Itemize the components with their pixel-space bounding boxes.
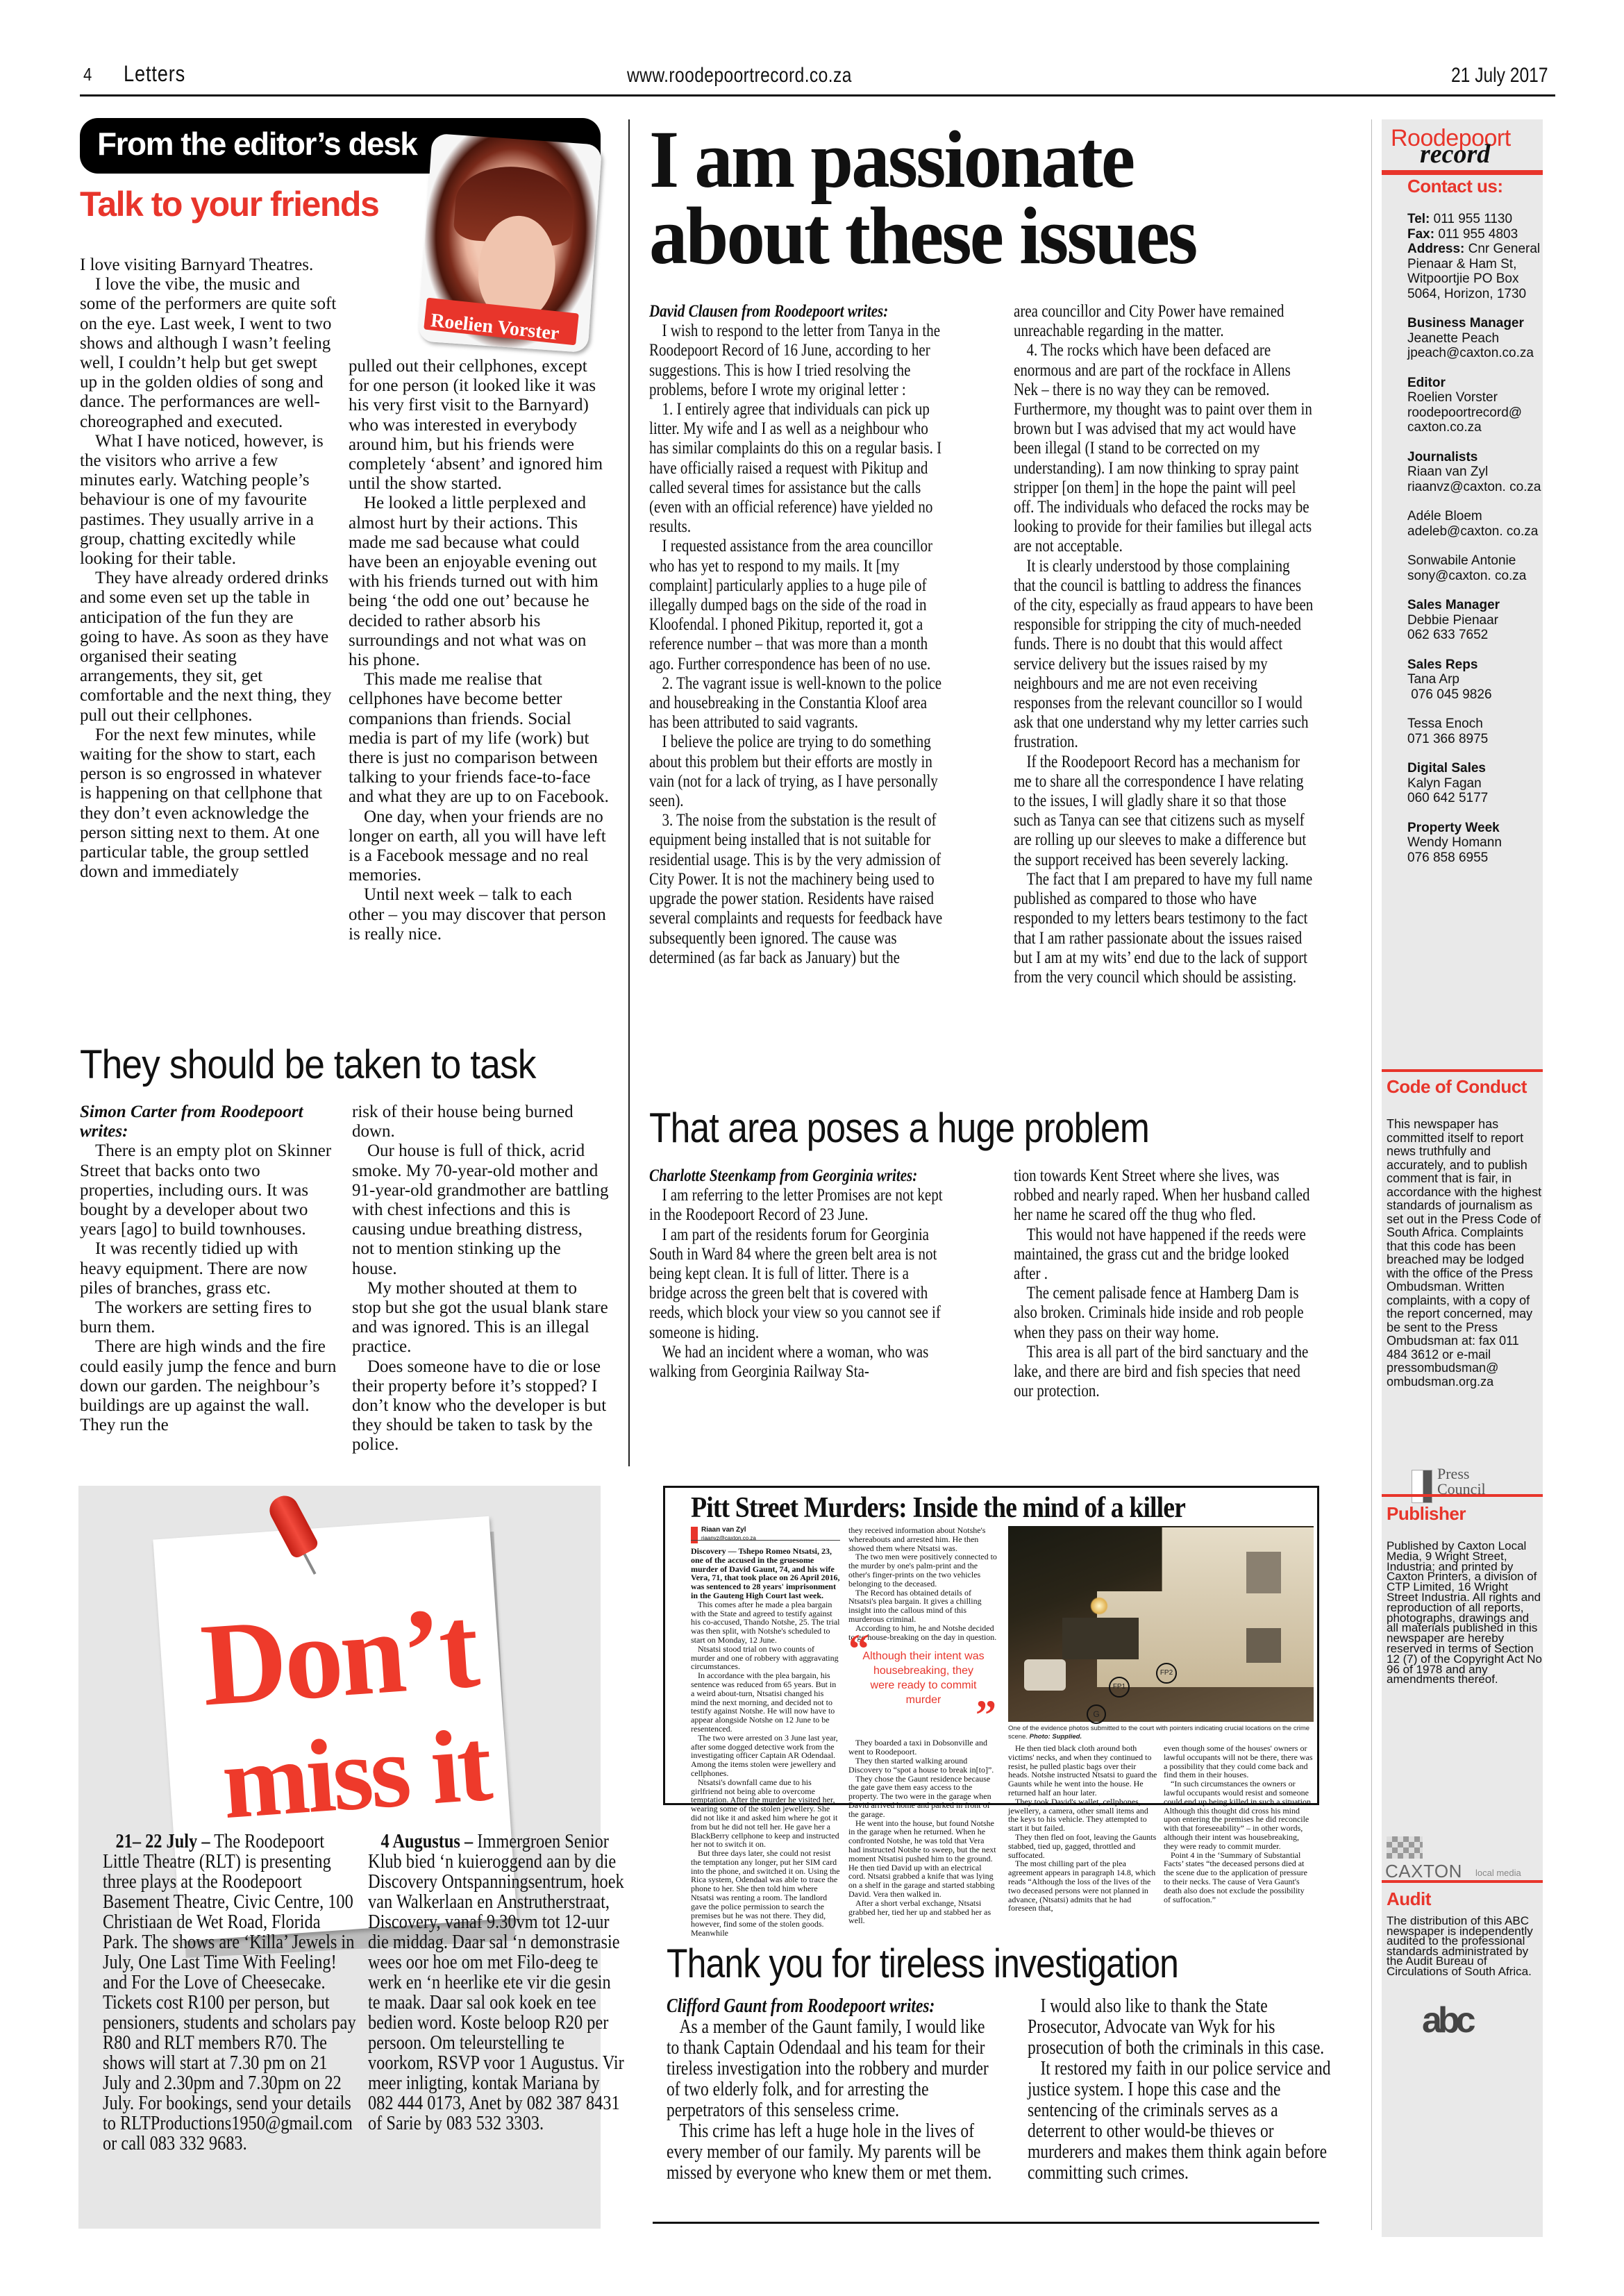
dont-miss-it-title: Don’t — [198, 1587, 480, 1724]
evidence-photo-garage — [1062, 1618, 1139, 1659]
paragraph: “In such circumstances the owners or law… — [1164, 1779, 1313, 1850]
paragraph: Until next week – talk to each other – y… — [349, 885, 609, 944]
paragraph: It restored my faith in our police servi… — [1028, 2059, 1337, 2184]
address-label: Address: — [1407, 242, 1464, 256]
paragraph: The workers are setting fires to burn th… — [80, 1298, 337, 1337]
paragraph: 2. The vagrant issue is well-known to th… — [649, 674, 950, 733]
contact-detail[interactable]: 076 045 9826 — [1407, 687, 1546, 703]
paragraph: I am referring to the letter Promises ar… — [649, 1186, 950, 1225]
code-of-conduct-text: This newspaper has committed itself to r… — [1387, 1118, 1543, 1389]
passionate-letter-column-2: area councillor and City Power have rema… — [1014, 302, 1314, 987]
photo-caption: One of the evidence photos submitted to … — [1008, 1725, 1314, 1741]
contact-name: Sonwabile Antonie — [1407, 553, 1546, 569]
contact-role: Editor — [1407, 376, 1546, 391]
paragraph: They then fled on foot, leaving the Gaun… — [1008, 1833, 1157, 1859]
contact-entry: Tessa Enoch 071 366 8975 — [1407, 717, 1546, 746]
contact-role: Business Manager — [1407, 316, 1546, 331]
contact-detail[interactable]: jpeach@caxton.co.za — [1407, 346, 1546, 361]
editor-headline: Talk to your friends — [80, 184, 378, 224]
tel-label: Tel: — [1407, 212, 1430, 226]
press-council-logo-icon — [1412, 1470, 1432, 1503]
paragraph: This area is all part of the bird sanctu… — [1014, 1343, 1314, 1402]
evidence-photo-window — [1246, 1552, 1281, 1593]
sidebar-red-bar — [1382, 1069, 1543, 1072]
editor-column-1: I love visiting Barnyard Theatres. I lov… — [80, 255, 337, 882]
paragraph: It is clearly understood by those compla… — [1014, 557, 1314, 753]
abc-logo-icon: abc — [1422, 2000, 1472, 2041]
byline: David Clausen from Roodepoort writes: — [649, 302, 950, 321]
section-title: Letters — [124, 61, 185, 87]
contact-detail[interactable]: 060 642 5177 — [1407, 791, 1546, 806]
byline: Simon Carter from Roodepoort writes: — [80, 1103, 337, 1141]
contact-entry: Sonwabile Antonie sony@caxton. co.za — [1407, 553, 1546, 583]
paragraph: This would not have happened if the reed… — [1014, 1225, 1314, 1284]
author-rule — [691, 1540, 840, 1541]
issue-date: 21 July 2017 — [1451, 64, 1548, 87]
contact-name: Riaan van Zyl — [1407, 464, 1546, 480]
headline-line-2: about these issues — [649, 198, 1196, 274]
paragraph: The Record has obtained details of Ntsat… — [848, 1589, 998, 1624]
task-letter-column-2: risk of their house being burned down. O… — [352, 1103, 609, 1455]
contact-heading: Contact us: — [1407, 176, 1503, 197]
contact-detail[interactable]: 062 633 7652 — [1407, 628, 1546, 643]
contact-entry: Digital Sales Kalyn Fagan 060 642 5177 — [1407, 761, 1546, 806]
contact-detail[interactable]: roodepoortrecord@ caxton.co.za — [1407, 405, 1546, 435]
event-description: Immergroen Senior Klub bied ‘n kuierogge… — [368, 1830, 624, 2134]
contact-detail[interactable]: 076 858 6955 — [1407, 850, 1546, 866]
contact-role: Property Week — [1407, 821, 1546, 836]
contact-role: Digital Sales — [1407, 761, 1546, 776]
contact-name: Tana Arp — [1407, 672, 1546, 687]
paragraph: The fact that I am prepared to have my f… — [1014, 870, 1314, 987]
paragraph: This made me realise that cellphones hav… — [349, 670, 609, 807]
paragraph: Ntsatsi stood trial on two counts of mur… — [691, 1645, 840, 1671]
paragraph: It was recently tidied up with heavy equ… — [80, 1239, 337, 1298]
paragraph: they received information about Notshe's… — [848, 1526, 998, 1552]
caxton-logo-text: CAXTON — [1385, 1861, 1462, 1882]
audit-text: The distribution of this ABC newspaper i… — [1387, 1916, 1543, 1977]
paragraph: Our house is full of thick, acrid smoke.… — [352, 1141, 609, 1278]
task-letter-column-1: Simon Carter from Roodepoort writes: The… — [80, 1103, 337, 1435]
paragraph: My mother shouted at them to stop but sh… — [352, 1279, 609, 1357]
paragraph: Ntsatsi's downfall came due to his girlf… — [691, 1778, 840, 1849]
contact-entry: Sales Reps Tana Arp 076 045 9826 — [1407, 657, 1546, 703]
paragraph: According to him, he and Notshe decided … — [848, 1624, 998, 1642]
evidence-photo-car — [1024, 1659, 1066, 1691]
lead-paragraph: Discovery — Tshepo Romeo Ntsatsi, 23, on… — [691, 1547, 840, 1600]
evidence-photo-window — [1246, 1628, 1281, 1663]
paragraph: even though some of the houses' owners o… — [1164, 1744, 1313, 1779]
contact-details: Tel: 011 955 1130 Fax: 011 955 4803 Addr… — [1407, 212, 1546, 880]
paragraph: Does someone have to die or lose their p… — [352, 1357, 609, 1455]
sidebar-red-bar — [1382, 1494, 1543, 1497]
page-number: 4 — [83, 64, 92, 85]
paragraph: They have already ordered drinks and som… — [80, 569, 337, 726]
event-date: 4 Augustus – — [380, 1830, 473, 1852]
fax-value: 011 955 4803 — [1438, 227, 1518, 242]
paragraph: What I have noticed, however, is the vis… — [80, 432, 337, 569]
contact-detail[interactable]: riaanvz@caxton. co.za — [1407, 480, 1546, 495]
paragraph: The most chilling part of the plea agree… — [1008, 1859, 1157, 1913]
area-letter-column-1: Charlotte Steenkamp from Georginia write… — [649, 1166, 950, 1382]
pitt-street-headline: Pitt Street Murders: Inside the mind of … — [691, 1491, 1185, 1525]
paragraph: In accordance with the plea bargain, his… — [691, 1671, 840, 1734]
editor-column-2: pulled out their cellphones, except for … — [349, 357, 609, 944]
paragraph: 4. The rocks which have been defaced are… — [1014, 341, 1314, 556]
contact-role: Journalists — [1407, 450, 1546, 465]
paragraph: As a member of the Gaunt family, I would… — [667, 2017, 993, 2121]
paragraph: If the Roodepoort Record has a mechanism… — [1014, 753, 1314, 870]
paragraph: risk of their house being burned down. — [352, 1103, 609, 1141]
header-rule — [80, 94, 1555, 97]
contact-name: Adéle Bloem — [1407, 509, 1546, 524]
paragraph: There are high winds and the fire could … — [80, 1337, 337, 1435]
pitt-street-column-3: He then tied black cloth around both vic… — [1008, 1744, 1157, 1913]
paragraph: I love visiting Barnyard Theatres. — [80, 255, 337, 275]
paragraph: The cement palisade fence at Hamberg Dam… — [1014, 1284, 1314, 1343]
paragraph: He looked a little perplexed and almost … — [349, 494, 609, 670]
author-accent — [691, 1527, 698, 1543]
paragraph: He then tied black cloth around both vic… — [1008, 1744, 1157, 1798]
contact-name: Wendy Homann — [1407, 835, 1546, 850]
press-council-line-1: Press — [1437, 1466, 1486, 1482]
paragraph: They then started walking around Discove… — [848, 1757, 998, 1775]
paragraph: I believe the police are trying to do so… — [649, 732, 950, 811]
paragraph: I love the vibe, the music and some of t… — [80, 275, 337, 432]
area-letter-headline: That area poses a huge problem — [649, 1104, 1149, 1152]
paragraph: He went into the house, but found Notshe… — [848, 1819, 998, 1899]
bottom-rule — [653, 2222, 1319, 2224]
evidence-marker-g: G — [1087, 1704, 1106, 1724]
contact-name: Kalyn Fagan — [1407, 776, 1546, 791]
headline-line-1: I am passionate — [649, 121, 1196, 198]
editor-desk-title: From the editor’s desk — [97, 125, 417, 162]
contact-detail[interactable]: 071 366 8975 — [1407, 732, 1546, 747]
contact-detail[interactable]: adeleb@caxton. co.za — [1407, 524, 1546, 539]
contact-entry: Adéle Bloem adeleb@caxton. co.za — [1407, 509, 1546, 539]
paragraph: They chose the Gaunt residence because t… — [848, 1775, 998, 1819]
evidence-marker-fp2: FP2 — [1156, 1663, 1177, 1684]
event-listing-2: 4 Augustus – Immergroen Senior Klub bied… — [368, 1832, 625, 2134]
task-letter-headline: They should be taken to task — [80, 1041, 535, 1088]
contact-detail[interactable]: sony@caxton. co.za — [1407, 569, 1546, 584]
caption-credit: Photo: Supplied. — [1030, 1733, 1082, 1741]
sidebar-red-bar — [1382, 1880, 1543, 1883]
close-quote-icon: ” — [976, 1694, 996, 1736]
sidebar-red-bar — [1382, 170, 1543, 175]
paragraph: For the next few minutes, while waiting … — [80, 726, 337, 882]
code-of-conduct-heading: Code of Conduct — [1387, 1076, 1527, 1098]
press-council-logo-text: Press Council — [1437, 1466, 1486, 1497]
paragraph: After a short verbal exchange, Ntsatsi g… — [848, 1899, 998, 1925]
contact-entry: Sales Manager Debbie Pienaar 062 633 765… — [1407, 598, 1546, 643]
byline: Clifford Gaunt from Roodepoort writes: — [667, 1996, 993, 2017]
pitt-street-column-4: even though some of the houses' owners o… — [1164, 1744, 1313, 1904]
caxton-logo-subtitle: local media — [1475, 1868, 1521, 1878]
thanks-letter-column-2: I would also like to thank the State Pro… — [1028, 1996, 1337, 2184]
pitt-street-column-1: Discovery — Tshepo Romeo Ntsatsi, 23, on… — [691, 1547, 840, 1938]
contact-name: Debbie Pienaar — [1407, 613, 1546, 628]
paragraph: This crime has left a huge hole in the l… — [667, 2121, 993, 2184]
paragraph: This comes after he made a plea bargain … — [691, 1600, 840, 1645]
paragraph: I would also like to thank the State Pro… — [1028, 1996, 1337, 2059]
contact-role: Sales Manager — [1407, 598, 1546, 613]
contact-entry: Business Manager Jeanette Peach jpeach@c… — [1407, 316, 1546, 361]
contact-main: Tel: 011 955 1130 Fax: 011 955 4803 Addr… — [1407, 212, 1546, 301]
thanks-letter-column-1: Clifford Gaunt from Roodepoort writes: A… — [667, 1996, 993, 2184]
paragraph: They took David's wallet, cellphones, je… — [1008, 1798, 1157, 1833]
paragraph: area councillor and City Power have rema… — [1014, 302, 1314, 341]
paragraph: Point 4 in the ‘Summary of Substantial F… — [1164, 1851, 1313, 1904]
passionate-letter-column-1: David Clausen from Roodepoort writes: I … — [649, 302, 950, 968]
contact-entry: Journalists Riaan van Zyl riaanvz@caxton… — [1407, 450, 1546, 495]
event-date: 21– 22 July – — [115, 1830, 210, 1852]
audit-heading: Audit — [1387, 1888, 1431, 1910]
thanks-letter-headline: Thank you for tireless investigation — [667, 1941, 1178, 1987]
caxton-logo-icon — [1387, 1836, 1423, 1859]
contact-entry: Editor Roelien Vorster roodepoortrecord@… — [1407, 376, 1546, 435]
paragraph: tion towards Kent Street where she lives… — [1014, 1166, 1314, 1225]
paragraph: I am part of the residents forum for Geo… — [649, 1225, 950, 1343]
paragraph: I wish to respond to the letter from Tan… — [649, 321, 950, 400]
paragraph: They boarded a taxi in Dobsonville and w… — [848, 1738, 998, 1757]
column-divider — [1371, 119, 1372, 2230]
event-description: The Roodepoort Little Theatre (RLT) is p… — [103, 1830, 356, 2154]
paragraph: 3. The noise from the substation is the … — [649, 811, 950, 968]
column-divider — [628, 119, 630, 1466]
paragraph: pulled out their cellphones, except for … — [349, 357, 609, 494]
paragraph: One day, when your friends are no longer… — [349, 807, 609, 886]
contact-name: Tessa Enoch — [1407, 717, 1546, 732]
paragraph: But three days later, she could not resi… — [691, 1849, 840, 1938]
paragraph: I requested assistance from the area cou… — [649, 537, 950, 673]
passionate-letter-headline: I am passionate about these issues — [649, 121, 1196, 274]
evidence-marker-fp1: FP1 — [1109, 1677, 1130, 1698]
fax-label: Fax: — [1407, 227, 1434, 242]
tel-value: 011 955 1130 — [1434, 212, 1512, 226]
paragraph: We had an incident where a woman, who wa… — [649, 1343, 950, 1382]
contact-role: Sales Reps — [1407, 657, 1546, 673]
publisher-heading: Publisher — [1387, 1503, 1466, 1525]
paragraph: There is an empty plot on Skinner Street… — [80, 1141, 337, 1239]
byline: Charlotte Steenkamp from Georginia write… — [649, 1166, 950, 1186]
dont-miss-it-subtitle: miss it — [219, 1713, 492, 1835]
paragraph: The two men were positively connected to… — [848, 1552, 998, 1588]
author-name: Riaan van Zyl — [701, 1526, 746, 1534]
paragraph: 1. I entirely agree that individuals can… — [649, 400, 950, 537]
area-letter-column-2: tion towards Kent Street where she lives… — [1014, 1166, 1314, 1401]
masthead-logo-bottom: record — [1420, 139, 1490, 169]
contact-name: Jeanette Peach — [1407, 331, 1546, 346]
paragraph: The two were arrested on 3 June last yea… — [691, 1734, 840, 1778]
contact-name: Roelien Vorster — [1407, 390, 1546, 405]
publisher-text: Published by Caxton Local Media, 9 Wrigh… — [1387, 1541, 1543, 1685]
website-url[interactable]: www.roodepoortrecord.co.za — [627, 64, 852, 87]
contact-entry: Property Week Wendy Homann 076 858 6955 — [1407, 821, 1546, 866]
pull-quote: Although their intent was housebreaking,… — [861, 1649, 986, 1707]
event-listing-1: 21– 22 July – The Roodepoort Little Thea… — [103, 1832, 360, 2154]
evidence-photo-light — [1090, 1597, 1108, 1615]
